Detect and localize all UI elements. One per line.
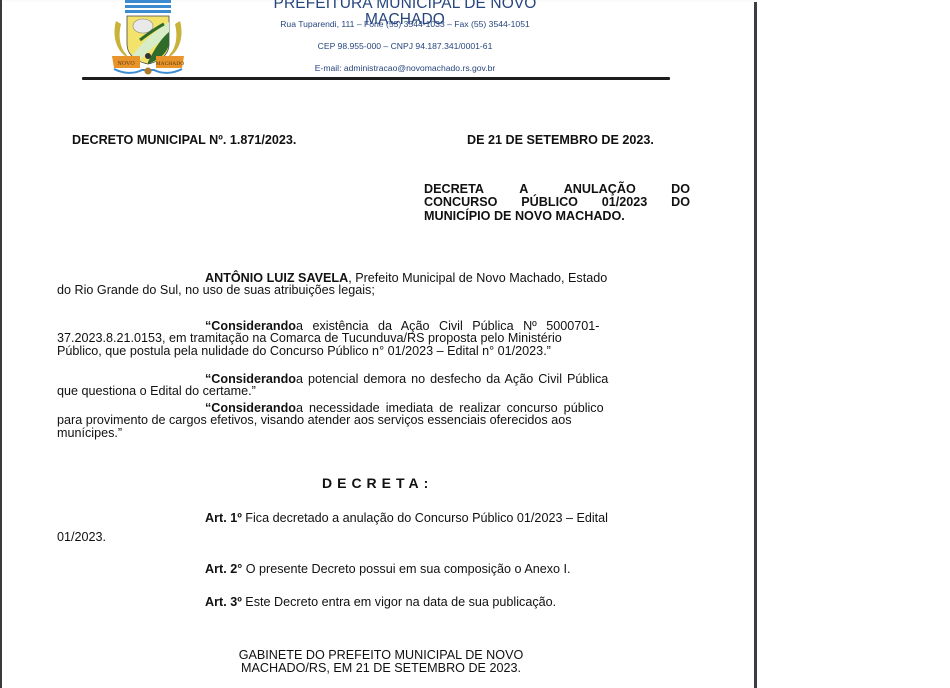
decree-ementa: DECRETA A ANULAÇÃO DO CONCURSO PÚBLICO 0… xyxy=(424,183,690,223)
article-1: Art. 1º Fica decretado a anulação do Con… xyxy=(205,512,690,525)
article-3: Art. 3º Este Decreto entra em vigor na d… xyxy=(205,596,556,609)
letterhead-cep-cnpj: CEP 98.955-000 – CNPJ 94.187.341/0001-61 xyxy=(222,41,588,51)
svg-text:MACHADO: MACHADO xyxy=(156,61,184,67)
considerando-text: para provimento de cargos efetivos, visa… xyxy=(57,414,690,426)
decree-date: DE 21 DE SETEMBRO DE 2023. xyxy=(467,134,654,147)
article-text: Este Decreto entra em vigor na data de s… xyxy=(242,595,556,609)
ementa-word: 01/2023 xyxy=(602,196,648,209)
letterhead-address: Rua Tuparendi, 111 – Fone (55) 3544-1033… xyxy=(222,19,588,29)
ementa-word: PÚBLICO xyxy=(521,196,578,209)
considerando-text: a potencial demora no desfecho da Ação C… xyxy=(296,373,608,385)
article-label: Art. 1º xyxy=(205,511,242,525)
considerando-text: que questiona o Edital do certame.” xyxy=(57,385,690,397)
ementa-word: CONCURSO xyxy=(424,196,497,209)
closing-signature-block: GABINETE DO PREFEITO MUNICIPAL DE NOVO M… xyxy=(210,649,552,676)
considerando-paragraph: “Considerando a necessidade imediata de … xyxy=(57,402,690,439)
ementa-word: DO xyxy=(671,196,690,209)
ementa-word: DO xyxy=(671,183,690,196)
article-text: O presente Decreto possui em sua composi… xyxy=(242,562,570,576)
decree-number: DECRETO MUNICIPAL Nº. 1.871/2023. xyxy=(72,134,296,147)
considerando-text: munícipes.” xyxy=(57,427,690,439)
considerando-text: 37.2023.8.21.0153, em tramitação na Coma… xyxy=(57,332,690,344)
considerando-paragraph: “Considerando a potencial demora no desf… xyxy=(57,373,690,398)
preamble-text: , Prefeito Municipal de Novo Machado, Es… xyxy=(348,272,607,284)
article-label: Art. 3º xyxy=(205,595,242,609)
considerando-text: Público, que postula pela nulidade do Co… xyxy=(57,345,690,357)
letterhead-email: E-mail: administracao@novomachado.rs.gov… xyxy=(222,63,588,73)
article-1-continuation: 01/2023. xyxy=(57,531,106,544)
svg-text:NOVO: NOVO xyxy=(117,61,135,67)
letterhead-divider xyxy=(82,77,670,80)
considerando-paragraph: “Considerando a existência da Ação Civil… xyxy=(57,320,690,357)
ementa-word: MUNICÍPIO DE NOVO MACHADO. xyxy=(424,210,625,223)
ementa-word: DECRETA xyxy=(424,183,484,196)
article-text: Fica decretado a anulação do Concurso Pú… xyxy=(242,511,608,525)
preamble-text: do Rio Grande do Sul, no uso de suas atr… xyxy=(57,284,690,296)
article-label: Art. 2° xyxy=(205,562,242,576)
coat-of-arms-icon: NOVO MACHADO xyxy=(110,0,186,76)
closing-line: MACHADO/RS, EM 21 DE SETEMBRO DE 2023. xyxy=(210,662,552,675)
decreta-heading: DECRETA: xyxy=(322,475,433,491)
document-page: NOVO MACHADO PREFEITURA MUNICIPAL DE NOV… xyxy=(0,0,757,688)
closing-line: GABINETE DO PREFEITO MUNICIPAL DE NOVO xyxy=(210,649,552,662)
preamble-paragraph: ANTÔNIO LUIZ SAVELA, Prefeito Municipal … xyxy=(57,272,690,297)
document-viewer: NOVO MACHADO PREFEITURA MUNICIPAL DE NOV… xyxy=(0,0,950,688)
article-2: Art. 2° O presente Decreto possui em sua… xyxy=(205,563,571,576)
